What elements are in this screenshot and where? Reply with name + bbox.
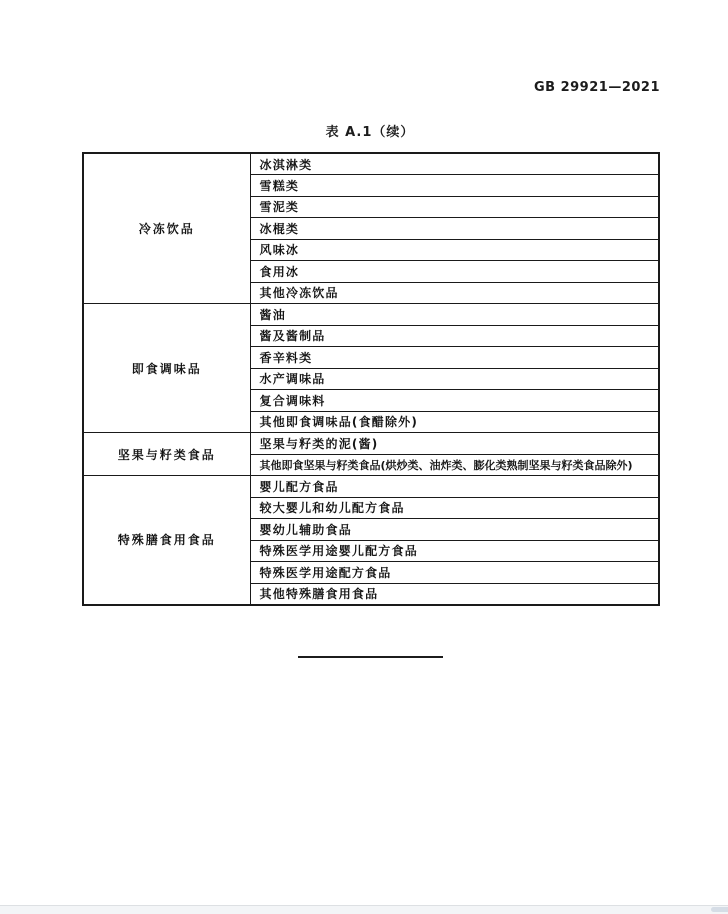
document-page: { "page": { "doc_number": "GB 29921—2021… (0, 0, 728, 914)
category-cell: 即食调味品 (83, 304, 250, 433)
item-cell: 水产调味品 (250, 368, 659, 390)
item-cell: 食用冰 (250, 261, 659, 283)
end-of-table-rule (298, 656, 443, 658)
item-cell: 婴儿配方食品 (250, 476, 659, 498)
item-cell: 冰棍类 (250, 218, 659, 240)
standard-number: GB 29921—2021 (0, 80, 660, 95)
item-cell: 特殊医学用途配方食品 (250, 562, 659, 584)
item-cell: 酱油 (250, 304, 659, 326)
table-row: 即食调味品酱油 (83, 304, 659, 326)
item-cell: 复合调味料 (250, 390, 659, 412)
item-cell: 其他特殊膳食用食品 (250, 583, 659, 605)
table-row: 坚果与籽类食品坚果与籽类的泥(酱) (83, 433, 659, 455)
category-cell: 坚果与籽类食品 (83, 433, 250, 476)
item-cell: 坚果与籽类的泥(酱) (250, 433, 659, 455)
item-cell: 冰淇淋类 (250, 153, 659, 175)
table-row: 冷冻饮品冰淇淋类 (83, 153, 659, 175)
item-cell: 其他即食坚果与籽类食品(烘炒类、油炸类、膨化类熟制坚果与籽类食品除外) (250, 454, 659, 476)
item-cell: 酱及酱制品 (250, 325, 659, 347)
item-cell: 雪泥类 (250, 196, 659, 218)
horizontal-scrollbar-thumb[interactable] (711, 907, 728, 912)
item-cell: 较大婴儿和幼儿配方食品 (250, 497, 659, 519)
item-cell: 风味冰 (250, 239, 659, 261)
horizontal-scrollbar-track[interactable] (0, 905, 728, 914)
item-cell: 香辛料类 (250, 347, 659, 369)
category-cell: 冷冻饮品 (83, 153, 250, 304)
item-cell: 特殊医学用途婴儿配方食品 (250, 540, 659, 562)
item-cell: 其他即食调味品(食醋除外) (250, 411, 659, 433)
food-category-table: 冷冻饮品冰淇淋类雪糕类雪泥类冰棍类风味冰食用冰其他冷冻饮品即食调味品酱油酱及酱制… (82, 152, 660, 606)
item-cell: 婴幼儿辅助食品 (250, 519, 659, 541)
item-cell: 其他冷冻饮品 (250, 282, 659, 304)
table-row: 特殊膳食用食品婴儿配方食品 (83, 476, 659, 498)
category-cell: 特殊膳食用食品 (83, 476, 250, 605)
item-cell: 雪糕类 (250, 175, 659, 197)
table-title: 表 A.1（续） (82, 121, 658, 140)
